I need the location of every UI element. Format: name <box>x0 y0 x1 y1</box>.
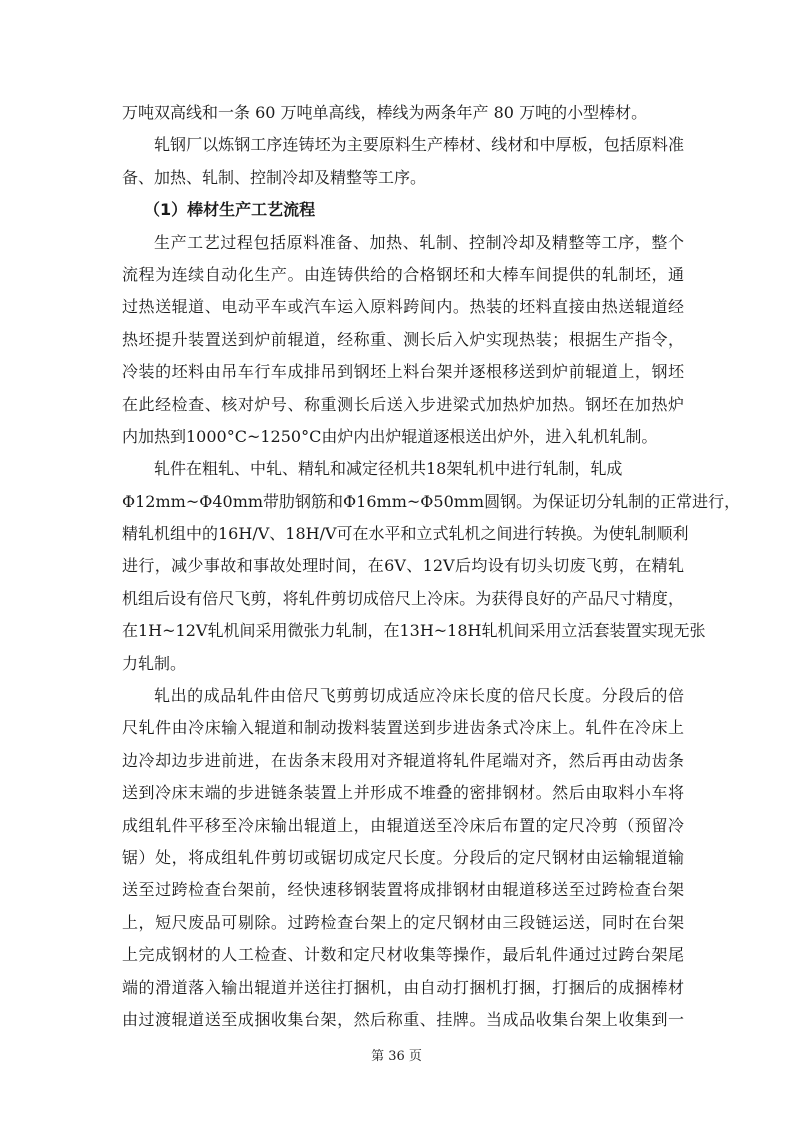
paragraph-continuation: 万吨双高线和一条 60 万吨单高线，棒线为两条年产 80 万吨的小型棒材。 <box>122 97 684 129</box>
text-line: 力轧制。 <box>122 648 684 680</box>
paragraph-rolling: 轧件在粗轧、中轧、精轧和减定径机共18架轧机中进行轧制，轧成 Φ12mm~Φ40… <box>122 453 684 680</box>
text-line: 锯）处，将成组轧件剪切或锯切成定尺长度。分段后的定尺钢材由运输辊道输 <box>122 842 684 874</box>
text-line: 在1H~12V轧机间采用微张力轧制，在13H~18H轧机间采用立活套装置实现无张 <box>122 615 684 647</box>
text-line: 送到冷床末端的步进链条装置上并形成不堆叠的密排钢材。然后由取料小车将 <box>122 777 684 809</box>
paragraph-cooling-finishing: 轧出的成品轧件由倍尺飞剪剪切成适应冷床长度的倍尺长度。分段后的倍 尺轧件由冷床输… <box>122 680 684 1036</box>
text-line: 端的滑道落入输出辊道并送往打捆机，由自动打捆机打捆，打捆后的成捆棒材 <box>122 972 684 1004</box>
text-line: 在此经检查、核对炉号、称重测长后送入步进梁式加热炉加热。钢坯在加热炉 <box>122 389 684 421</box>
text-line: 上完成钢材的人工检查、计数和定尺材收集等操作，最后轧件通过过跨台架尾 <box>122 939 684 971</box>
text-line: 生产工艺过程包括原料准备、加热、轧制、控制冷却及精整等工序，整个 <box>122 227 684 259</box>
text-line: 流程为连续自动化生产。由连铸供给的合格钢坯和大棒车间提供的轧制坯，通 <box>122 259 684 291</box>
text-line: 机组后设有倍尺飞剪，将轧件剪切成倍尺上冷床。为获得良好的产品尺寸精度， <box>122 583 684 615</box>
page-number: 第 36 页 <box>0 1045 793 1064</box>
text-line: 冷装的坯料由吊车行车成排吊到钢坯上料台架并逐根移送到炉前辊道上，钢坯 <box>122 356 684 388</box>
text-line: 轧钢厂以炼钢工序连铸坯为主要原料生产棒材、线材和中厚板，包括原料准 <box>122 129 684 161</box>
text-line: 精轧机组中的16H/V、18H/V可在水平和立式轧机之间进行转换。为使轧制顺利 <box>122 518 684 550</box>
text-line: 边冷却边步进前进，在齿条末段用对齐辊道将轧件尾端对齐，然后再由动齿条 <box>122 745 684 777</box>
text-line: 上，短尺废品可剔除。过跨检查台架上的定尺钢材由三段链运送，同时在台架 <box>122 907 684 939</box>
text-line: 由过渡辊道送至成捆收集台架，然后称重、挂牌。当成品收集台架上收集到一 <box>122 1004 684 1036</box>
text-line: 热坯提升装置送到炉前辊道，经称重、测长后入炉实现热装；根据生产指令， <box>122 324 684 356</box>
text-line: 轧出的成品轧件由倍尺飞剪剪切成适应冷床长度的倍尺长度。分段后的倍 <box>122 680 684 712</box>
section-heading: （1）棒材生产工艺流程 <box>122 194 684 226</box>
text-line: 尺轧件由冷床输入辊道和制动拨料装置送到步进齿条式冷床上。轧件在冷床上 <box>122 712 684 744</box>
text-line: 万吨双高线和一条 60 万吨单高线，棒线为两条年产 80 万吨的小型棒材。 <box>122 97 684 129</box>
text-line: 轧件在粗轧、中轧、精轧和减定径机共18架轧机中进行轧制，轧成 <box>122 453 684 485</box>
paragraph-rolling-mill-intro: 轧钢厂以炼钢工序连铸坯为主要原料生产棒材、线材和中厚板，包括原料准 备、加热、轧… <box>122 129 684 194</box>
text-line: 备、加热、轧制、控制冷却及精整等工序。 <box>122 162 684 194</box>
document-page: 万吨双高线和一条 60 万吨单高线，棒线为两条年产 80 万吨的小型棒材。 轧钢… <box>122 97 684 1036</box>
text-line: Φ12mm~Φ40mm带肋钢筋和Φ16mm~Φ50mm圆钢。为保证切分轧制的正常… <box>122 486 684 518</box>
text-line: 进行，减少事故和事故处理时间，在6V、12V后均设有切头切废飞剪，在精轧 <box>122 550 684 582</box>
text-line: 送至过跨检查台架前，经快速移钢装置将成排钢材由辊道移送至过跨检查台架 <box>122 874 684 906</box>
text-line: 成组轧件平移至冷床输出辊道上，由辊道送至冷床后布置的定尺冷剪（预留冷 <box>122 810 684 842</box>
text-line: 过热送辊道、电动平车或汽车运入原料跨间内。热装的坯料直接由热送辊道经 <box>122 291 684 323</box>
paragraph-process-overview: 生产工艺过程包括原料准备、加热、轧制、控制冷却及精整等工序，整个 流程为连续自动… <box>122 227 684 454</box>
text-line: 内加热到1000°C~1250°C由炉内出炉辊道逐根送出炉外，进入轧机轧制。 <box>122 421 684 453</box>
